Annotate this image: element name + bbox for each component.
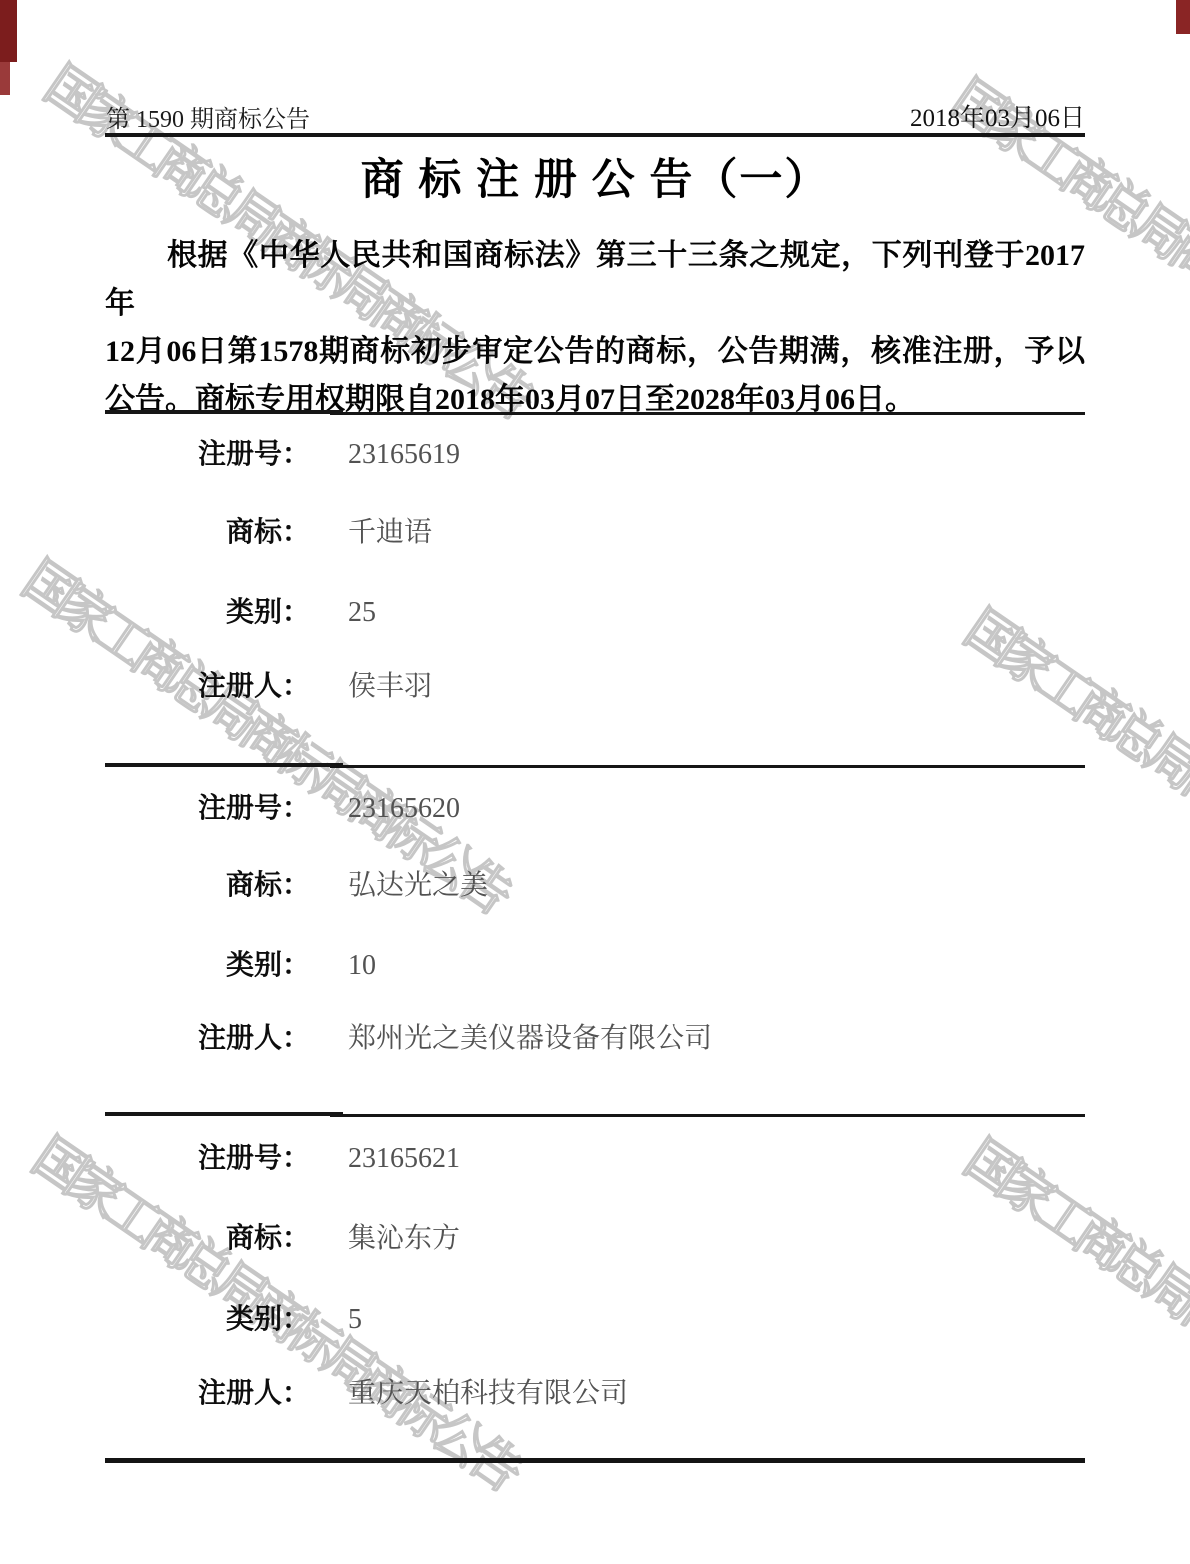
field-label: 商标： [105, 863, 310, 903]
scan-artifact [0, 62, 10, 95]
record-field-trademark: 商标： 千迪语 [105, 510, 1085, 550]
field-value: 集沁东方 [348, 1216, 460, 1256]
field-value: 23165620 [348, 793, 460, 825]
field-label: 注册人： [105, 664, 310, 704]
field-value: 千迪语 [348, 510, 432, 550]
field-value: 10 [348, 950, 376, 982]
field-value: 郑州光之美仪器设备有限公司 [348, 1016, 712, 1056]
record-separator [330, 765, 1085, 768]
issue-label: 第 1590 期商标公告 [106, 99, 310, 134]
intro-line: 公告。商标专用权期限自2018年03月07日至2028年03月06日。 [105, 376, 1085, 424]
record-field-reg-no: 注册号： 23165620 [105, 786, 1085, 826]
record-separator [330, 1114, 1085, 1117]
field-label: 类别： [105, 590, 310, 630]
record-field-reg-no: 注册号： 23165621 [105, 1136, 1085, 1176]
record-field-category: 类别： 10 [105, 943, 1085, 983]
field-label: 类别： [105, 1297, 310, 1337]
record-field-category: 类别： 25 [105, 590, 1085, 630]
field-label: 商标： [105, 1216, 310, 1256]
field-value: 弘达光之美 [348, 863, 488, 903]
scan-artifact [0, 0, 17, 62]
field-value: 23165621 [348, 1143, 460, 1175]
field-value: 侯丰羽 [348, 664, 432, 704]
field-label: 注册人： [105, 1371, 310, 1411]
field-value: 25 [348, 597, 376, 629]
record-field-trademark: 商标： 集沁东方 [105, 1216, 1085, 1256]
record-separator [105, 1112, 343, 1116]
field-label: 注册人： [105, 1016, 310, 1056]
header-rule [105, 133, 1085, 137]
field-label: 注册号： [105, 1136, 310, 1176]
record-field-category: 类别： 5 [105, 1297, 1085, 1337]
intro-line: 根据《中华人民共和国商标法》第三十三条之规定，下列刊登于2017年 [105, 232, 1085, 328]
record-separator [105, 410, 343, 414]
record-separator [330, 412, 1085, 415]
field-label: 注册号： [105, 786, 310, 826]
scan-artifact [1176, 0, 1190, 34]
field-value: 重庆天柏科技有限公司 [348, 1371, 628, 1411]
page-date: 2018年03月06日 [910, 98, 1085, 134]
field-value: 23165619 [348, 439, 460, 471]
intro-line: 12月06日第1578期商标初步审定公告的商标，公告期满，核准注册，予以 [105, 328, 1085, 376]
watermark-text: 国家工商总局商标局商标公告 [953, 588, 1190, 974]
record-field-registrant: 注册人： 侯丰羽 [105, 664, 1085, 704]
field-value: 5 [348, 1304, 362, 1336]
page-title: 商 标 注 册 公 告（一） [0, 146, 1190, 207]
intro-paragraph: 根据《中华人民共和国商标法》第三十三条之规定，下列刊登于2017年 12月06日… [105, 232, 1085, 424]
record-field-registrant: 注册人： 郑州光之美仪器设备有限公司 [105, 1016, 1085, 1056]
record-field-trademark: 商标： 弘达光之美 [105, 863, 1085, 903]
field-label: 类别： [105, 943, 310, 983]
record-separator [105, 763, 343, 767]
field-label: 商标： [105, 510, 310, 550]
gazette-page: 国家工商总局商标局商标公告 国家工商总局商标局商标公告 国家工商总局商标局商标公… [0, 0, 1190, 1564]
record-field-registrant: 注册人： 重庆天柏科技有限公司 [105, 1371, 1085, 1411]
record-field-reg-no: 注册号： 23165619 [105, 432, 1085, 472]
bottom-rule [105, 1458, 1085, 1463]
field-label: 注册号： [105, 432, 310, 472]
